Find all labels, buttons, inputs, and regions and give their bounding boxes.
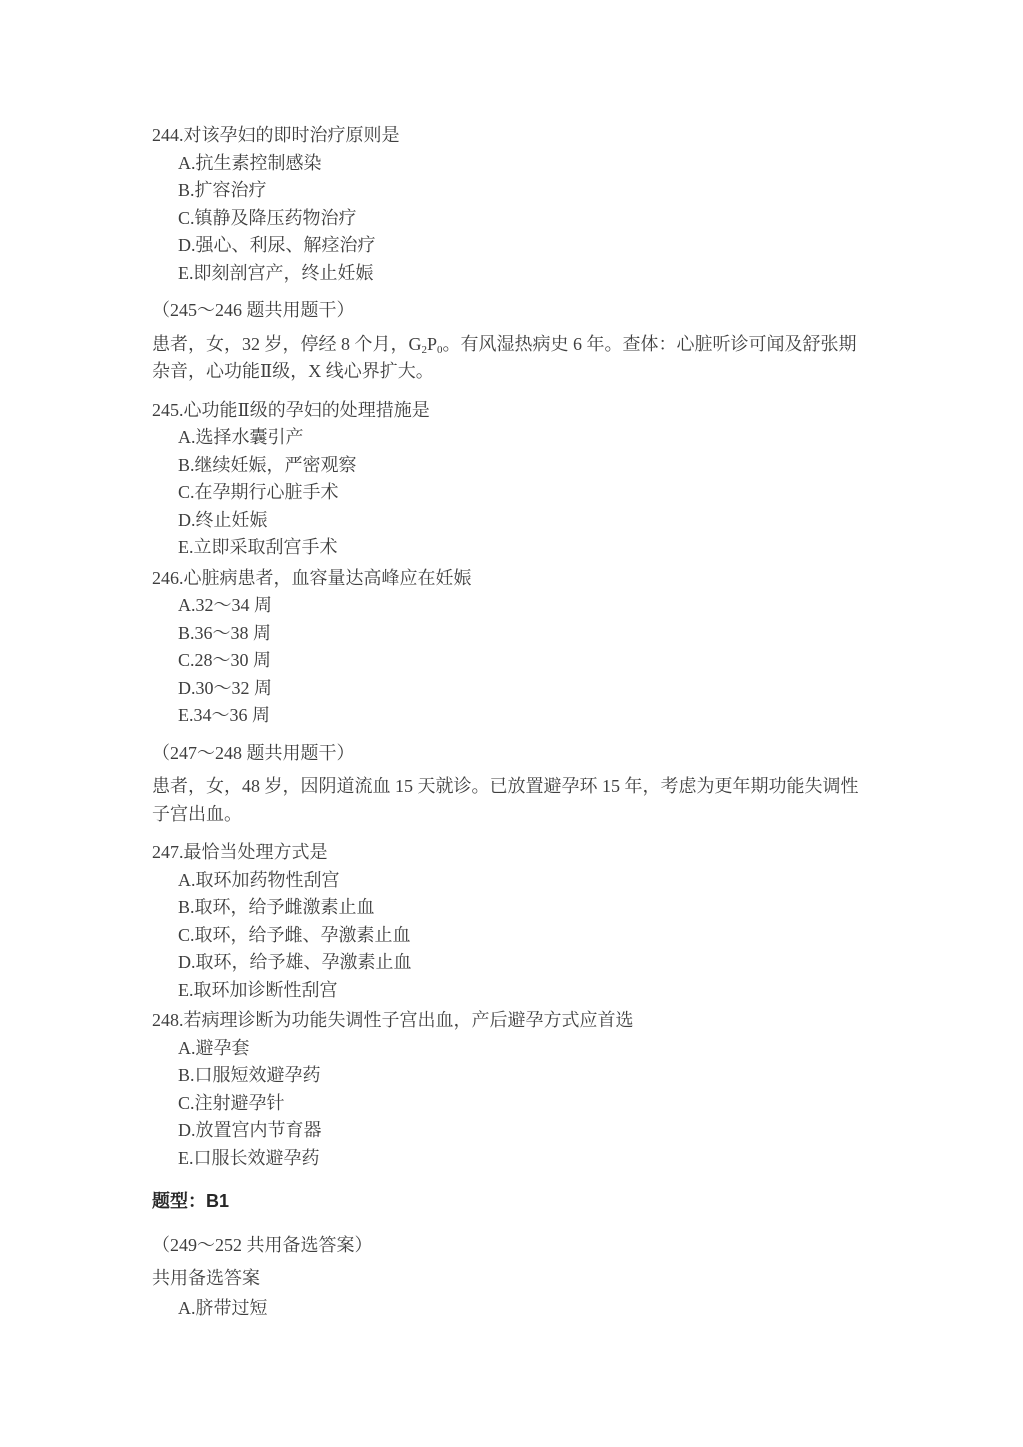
question-246-title: 心脏病患者，血容量达高峰应在妊娠 <box>184 568 472 588</box>
option-247-e: E.取环加诊断性刮宫 <box>152 977 874 1005</box>
option-247-d: D.取环，给予雄、孕激素止血 <box>152 949 874 977</box>
question-247-title: 最恰当处理方式是 <box>184 842 328 862</box>
question-248-number: 248. <box>152 1010 184 1030</box>
case-stem-245-246: 患者，女，32 岁，停经 8 个月，G2P0。有风湿热病史 6 年。查体：心脏听… <box>152 331 874 386</box>
shared-stem-header-245-246: （245～246 题共用题干） <box>152 297 874 325</box>
question-245-title: 心功能Ⅱ级的孕妇的处理措施是 <box>184 400 430 420</box>
question-244-text: 244.对该孕妇的即时治疗原则是 <box>152 122 874 150</box>
option-244-c: C.镇静及降压药物治疗 <box>152 205 874 233</box>
option-247-b: B.取环，给予雌激素止血 <box>152 894 874 922</box>
question-248-text: 248.若病理诊断为功能失调性子宫出血，产后避孕方式应首选 <box>152 1007 874 1035</box>
question-245-number: 245. <box>152 400 184 420</box>
shared-answer-option-a: A.脐带过短 <box>152 1295 874 1323</box>
question-245-text: 245.心功能Ⅱ级的孕妇的处理措施是 <box>152 397 874 425</box>
option-246-c: C.28～30 周 <box>152 647 874 675</box>
question-246-number: 246. <box>152 568 184 588</box>
option-247-c: C.取环，给予雌、孕激素止血 <box>152 922 874 950</box>
para-letter: P <box>427 334 437 354</box>
question-247-text: 247.最恰当处理方式是 <box>152 839 874 867</box>
option-247-a: A.取环加药物性刮宫 <box>152 867 874 895</box>
question-244: 244.对该孕妇的即时治疗原则是 A.抗生素控制感染 B.扩容治疗 C.镇静及降… <box>152 122 874 287</box>
case-stem-245-246-lead: 患者，女，32 岁，停经 8 个月，G <box>152 334 422 354</box>
question-247-number: 247. <box>152 842 184 862</box>
question-type-label: 题型：B1 <box>152 1188 874 1216</box>
exam-content: 244.对该孕妇的即时治疗原则是 A.抗生素控制感染 B.扩容治疗 C.镇静及降… <box>152 122 874 1322</box>
option-245-c: C.在孕期行心脏手术 <box>152 479 874 507</box>
question-244-title: 对该孕妇的即时治疗原则是 <box>184 125 400 145</box>
shared-stem-header-247-248: （247～248 题共用题干） <box>152 740 874 768</box>
option-248-b: B.口服短效避孕药 <box>152 1062 874 1090</box>
option-248-e: E.口服长效避孕药 <box>152 1145 874 1173</box>
option-246-d: D.30～32 周 <box>152 675 874 703</box>
question-244-number: 244. <box>152 125 184 145</box>
option-244-e: E.即刻剖宫产，终止妊娠 <box>152 260 874 288</box>
question-246: 246.心脏病患者，血容量达高峰应在妊娠 A.32～34 周 B.36～38 周… <box>152 565 874 730</box>
exam-document-page: 244.对该孕妇的即时治疗原则是 A.抗生素控制感染 B.扩容治疗 C.镇静及降… <box>0 0 1023 1447</box>
option-246-e: E.34～36 周 <box>152 702 874 730</box>
question-248-title: 若病理诊断为功能失调性子宫出血，产后避孕方式应首选 <box>184 1010 634 1030</box>
option-245-a: A.选择水囊引产 <box>152 424 874 452</box>
option-245-d: D.终止妊娠 <box>152 507 874 535</box>
option-245-e: E.立即采取刮宫手术 <box>152 534 874 562</box>
option-244-d: D.强心、利尿、解痉治疗 <box>152 232 874 260</box>
option-246-a: A.32～34 周 <box>152 592 874 620</box>
question-246-text: 246.心脏病患者，血容量达高峰应在妊娠 <box>152 565 874 593</box>
shared-answers-subheader: 共用备选答案 <box>152 1265 874 1293</box>
option-248-a: A.避孕套 <box>152 1035 874 1063</box>
question-247: 247.最恰当处理方式是 A.取环加药物性刮宫 B.取环，给予雌激素止血 C.取… <box>152 839 874 1004</box>
option-245-b: B.继续妊娠，严密观察 <box>152 452 874 480</box>
question-248: 248.若病理诊断为功能失调性子宫出血，产后避孕方式应首选 A.避孕套 B.口服… <box>152 1007 874 1172</box>
option-244-a: A.抗生素控制感染 <box>152 150 874 178</box>
option-248-d: D.放置宫内节育器 <box>152 1117 874 1145</box>
option-248-c: C.注射避孕针 <box>152 1090 874 1118</box>
case-stem-247-248: 患者，女，48 岁，因阴道流血 15 天就诊。已放置避孕环 15 年，考虑为更年… <box>152 773 874 828</box>
question-245: 245.心功能Ⅱ级的孕妇的处理措施是 A.选择水囊引产 B.继续妊娠，严密观察 … <box>152 397 874 562</box>
option-244-b: B.扩容治疗 <box>152 177 874 205</box>
option-246-b: B.36～38 周 <box>152 620 874 648</box>
shared-answers-header-249-252: （249～252 共用备选答案） <box>152 1232 874 1260</box>
